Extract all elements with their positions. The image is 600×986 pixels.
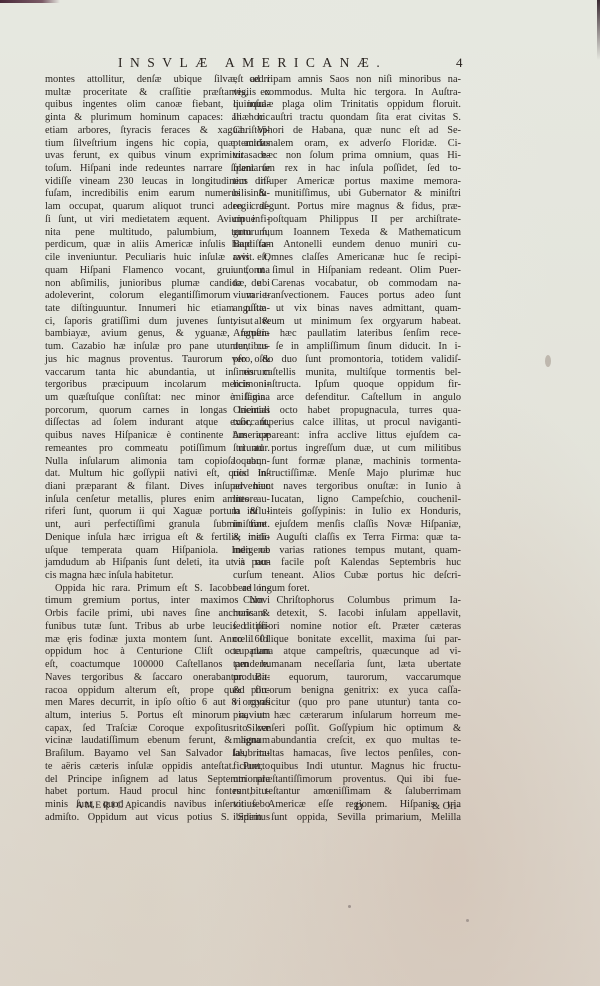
text-line: vis alveum ut minimum ſex orgyarum habea…	[233, 316, 461, 329]
right-text-column: eſt ad ripam amnis Saos non niſi minorib…	[233, 74, 461, 824]
catchword-left: AMERICA.	[76, 801, 138, 811]
text-line: in fine ejuſdem menſis claſſis Novæ Hiſp…	[233, 519, 461, 532]
text-line: bere longum foret.	[233, 583, 461, 596]
text-line: curſum teneant. Alios Cubæ portus hic de…	[233, 570, 461, 583]
text-line: vium tranſvectionem. Fauces portus adeo …	[233, 290, 461, 303]
text-line: te plana atque campeſtris, quæcunque ad …	[233, 646, 461, 659]
text-line: tam humanam neceſſaria ſunt, læta uberta…	[233, 659, 461, 672]
text-line: tius inſuper Americæ portus maxime memor…	[233, 176, 461, 189]
text-line: ſpaniarum rex in hac inſula poſſidet, ſe…	[233, 163, 461, 176]
text-line: pſo oſtio duo ſunt promontoria, totidem …	[233, 354, 461, 367]
text-line: vis non facile poſt Kalendas Septembris …	[233, 557, 461, 570]
text-line: ptemtrionalem oram, ex adverſo Floridæ. …	[233, 138, 461, 151]
text-line: licis inſtructa. Ipſum quoque oppidum fi…	[233, 379, 461, 392]
text-line: riis inſtructiſſimæ. Menſe Majo plurimæ …	[233, 468, 461, 481]
catchword-right: & Ori-	[432, 801, 460, 812]
text-line: maicam detexit, S. Iacobi inſulam appell…	[233, 608, 461, 621]
text-line: ficiunt, quibus Indi utuntur. Magnus hic…	[233, 761, 461, 774]
page-footer: AMERICA. D & Ori-	[0, 801, 600, 815]
text-line: anguſtæ ut vix binas naves admittant, qu…	[233, 303, 461, 316]
text-line: In hoc auſtri tractu quondam ſita erat c…	[233, 112, 461, 125]
page-header: INSVLÆ AMERICANÆ. 4	[0, 55, 600, 71]
signature-mark: D	[355, 801, 363, 813]
text-line: Orientali octo habet propugnacula, turre…	[233, 405, 461, 418]
text-line: ſtri ad portus ingreſſum duæ, ut cum mil…	[233, 443, 461, 456]
text-line: miſſima arce defenditur. Caſtellum in an…	[233, 392, 461, 405]
stain-mark	[348, 905, 351, 908]
page-edge-shadow-top	[0, 0, 60, 3]
text-line: bus appareant: infra acclive littus ejuſ…	[233, 430, 461, 443]
text-line: Anguſtia hæc paullatim lateribus ſenſim …	[233, 328, 461, 341]
text-line: & initio Auguſti claſſis ex Terra Firma:…	[233, 532, 461, 545]
text-line: li inſulæ plaga olim Trinitatis oppidum …	[233, 99, 461, 112]
text-line: gum ſuum Ioannem Texeda & Mathematicum	[233, 227, 461, 240]
text-line: eſt ad ripam amnis Saos non niſi minorib…	[233, 74, 461, 87]
text-line: la & linteis goſſypinis: in Iulio ex Hon…	[233, 506, 461, 519]
text-line: loquar, ſunt formæ planæ, machinis torme…	[233, 456, 461, 469]
text-line: Chriſtophori de Habana, quæ nunc eſt ad …	[233, 125, 461, 138]
text-line: littore Iucatan, ligno Campeſchio, couch…	[233, 494, 461, 507]
text-line: vigiis commodus. Multa hic tergora. In A…	[233, 87, 461, 100]
text-line: um præſtantiſſimorum proventus. Qui ibi …	[233, 774, 461, 787]
text-line: adveniunt naves tergoribus onuſtæ: in Iu…	[233, 481, 461, 494]
text-line: Baptiſtam Antonelli eundem denuo muniri …	[233, 239, 461, 252]
scanned-book-page: INSVLÆ AMERICANÆ. 4 montes attollitur, d…	[0, 0, 600, 986]
text-line: runt, teſtantur amœniſſimam & ſaluberrim…	[233, 786, 461, 799]
text-line: & porcorum benigna genitrix: ex yuca caſ…	[233, 685, 461, 698]
text-line: Cum Chriſtophorus Columbus primum Ia-	[233, 595, 461, 608]
text-line: cœli ſolique bonitate excellit, maxima ſ…	[233, 634, 461, 647]
running-title: INSVLÆ AMERICANÆ.	[118, 55, 418, 71]
text-line: to de Carenas vocabatur, ob commodam na-	[233, 278, 461, 291]
text-line: ſimis caſtellis munita, multiſque tormen…	[233, 367, 461, 380]
stain-mark	[466, 919, 469, 922]
text-line: cipue poſtquam Philippus II per archiſtr…	[233, 214, 461, 227]
text-line: producit: equorum, taurorum, vaccarumque	[233, 672, 461, 685]
text-line: men ob varias rationes tempus mutant, qu…	[233, 545, 461, 558]
text-line: ravit. Omnes claſſes Americanæ huc ſe re…	[233, 252, 461, 265]
text-line: ſed priori nomine notior eſt. Præter cæt…	[233, 621, 461, 634]
text-line: bilis & munitiſſimus, ubi Gubernator & m…	[233, 188, 461, 201]
page-number: 4	[456, 55, 463, 71]
text-line: regii degunt. Portus mire magnus & fidus…	[233, 201, 461, 214]
stain-mark	[545, 355, 551, 367]
text-line: pia, ut hæc cæterarum inſularum horreum …	[233, 710, 461, 723]
text-line: dentibus ſe in ampliſſimum ſinum diducit…	[233, 341, 461, 354]
text-line: tuor, ſuperius calce illitas, ut procul …	[233, 417, 461, 430]
text-line: rito cenſeri poſſit. Goſſypium hic optim…	[233, 723, 461, 736]
text-line: vi conficitur (quo pro pane utuntur) tan…	[233, 697, 461, 710]
text-line: magna abundantia creſcit, ex quo multas …	[233, 735, 461, 748]
text-line: las, multas hamacas, ſive lectos penſile…	[233, 748, 461, 761]
text-line: unt, ut ſimul in Hiſpaniam redeant. Olim…	[233, 265, 461, 278]
text-line: vitas hæc non ſolum prima omnium, quas H…	[233, 150, 461, 163]
